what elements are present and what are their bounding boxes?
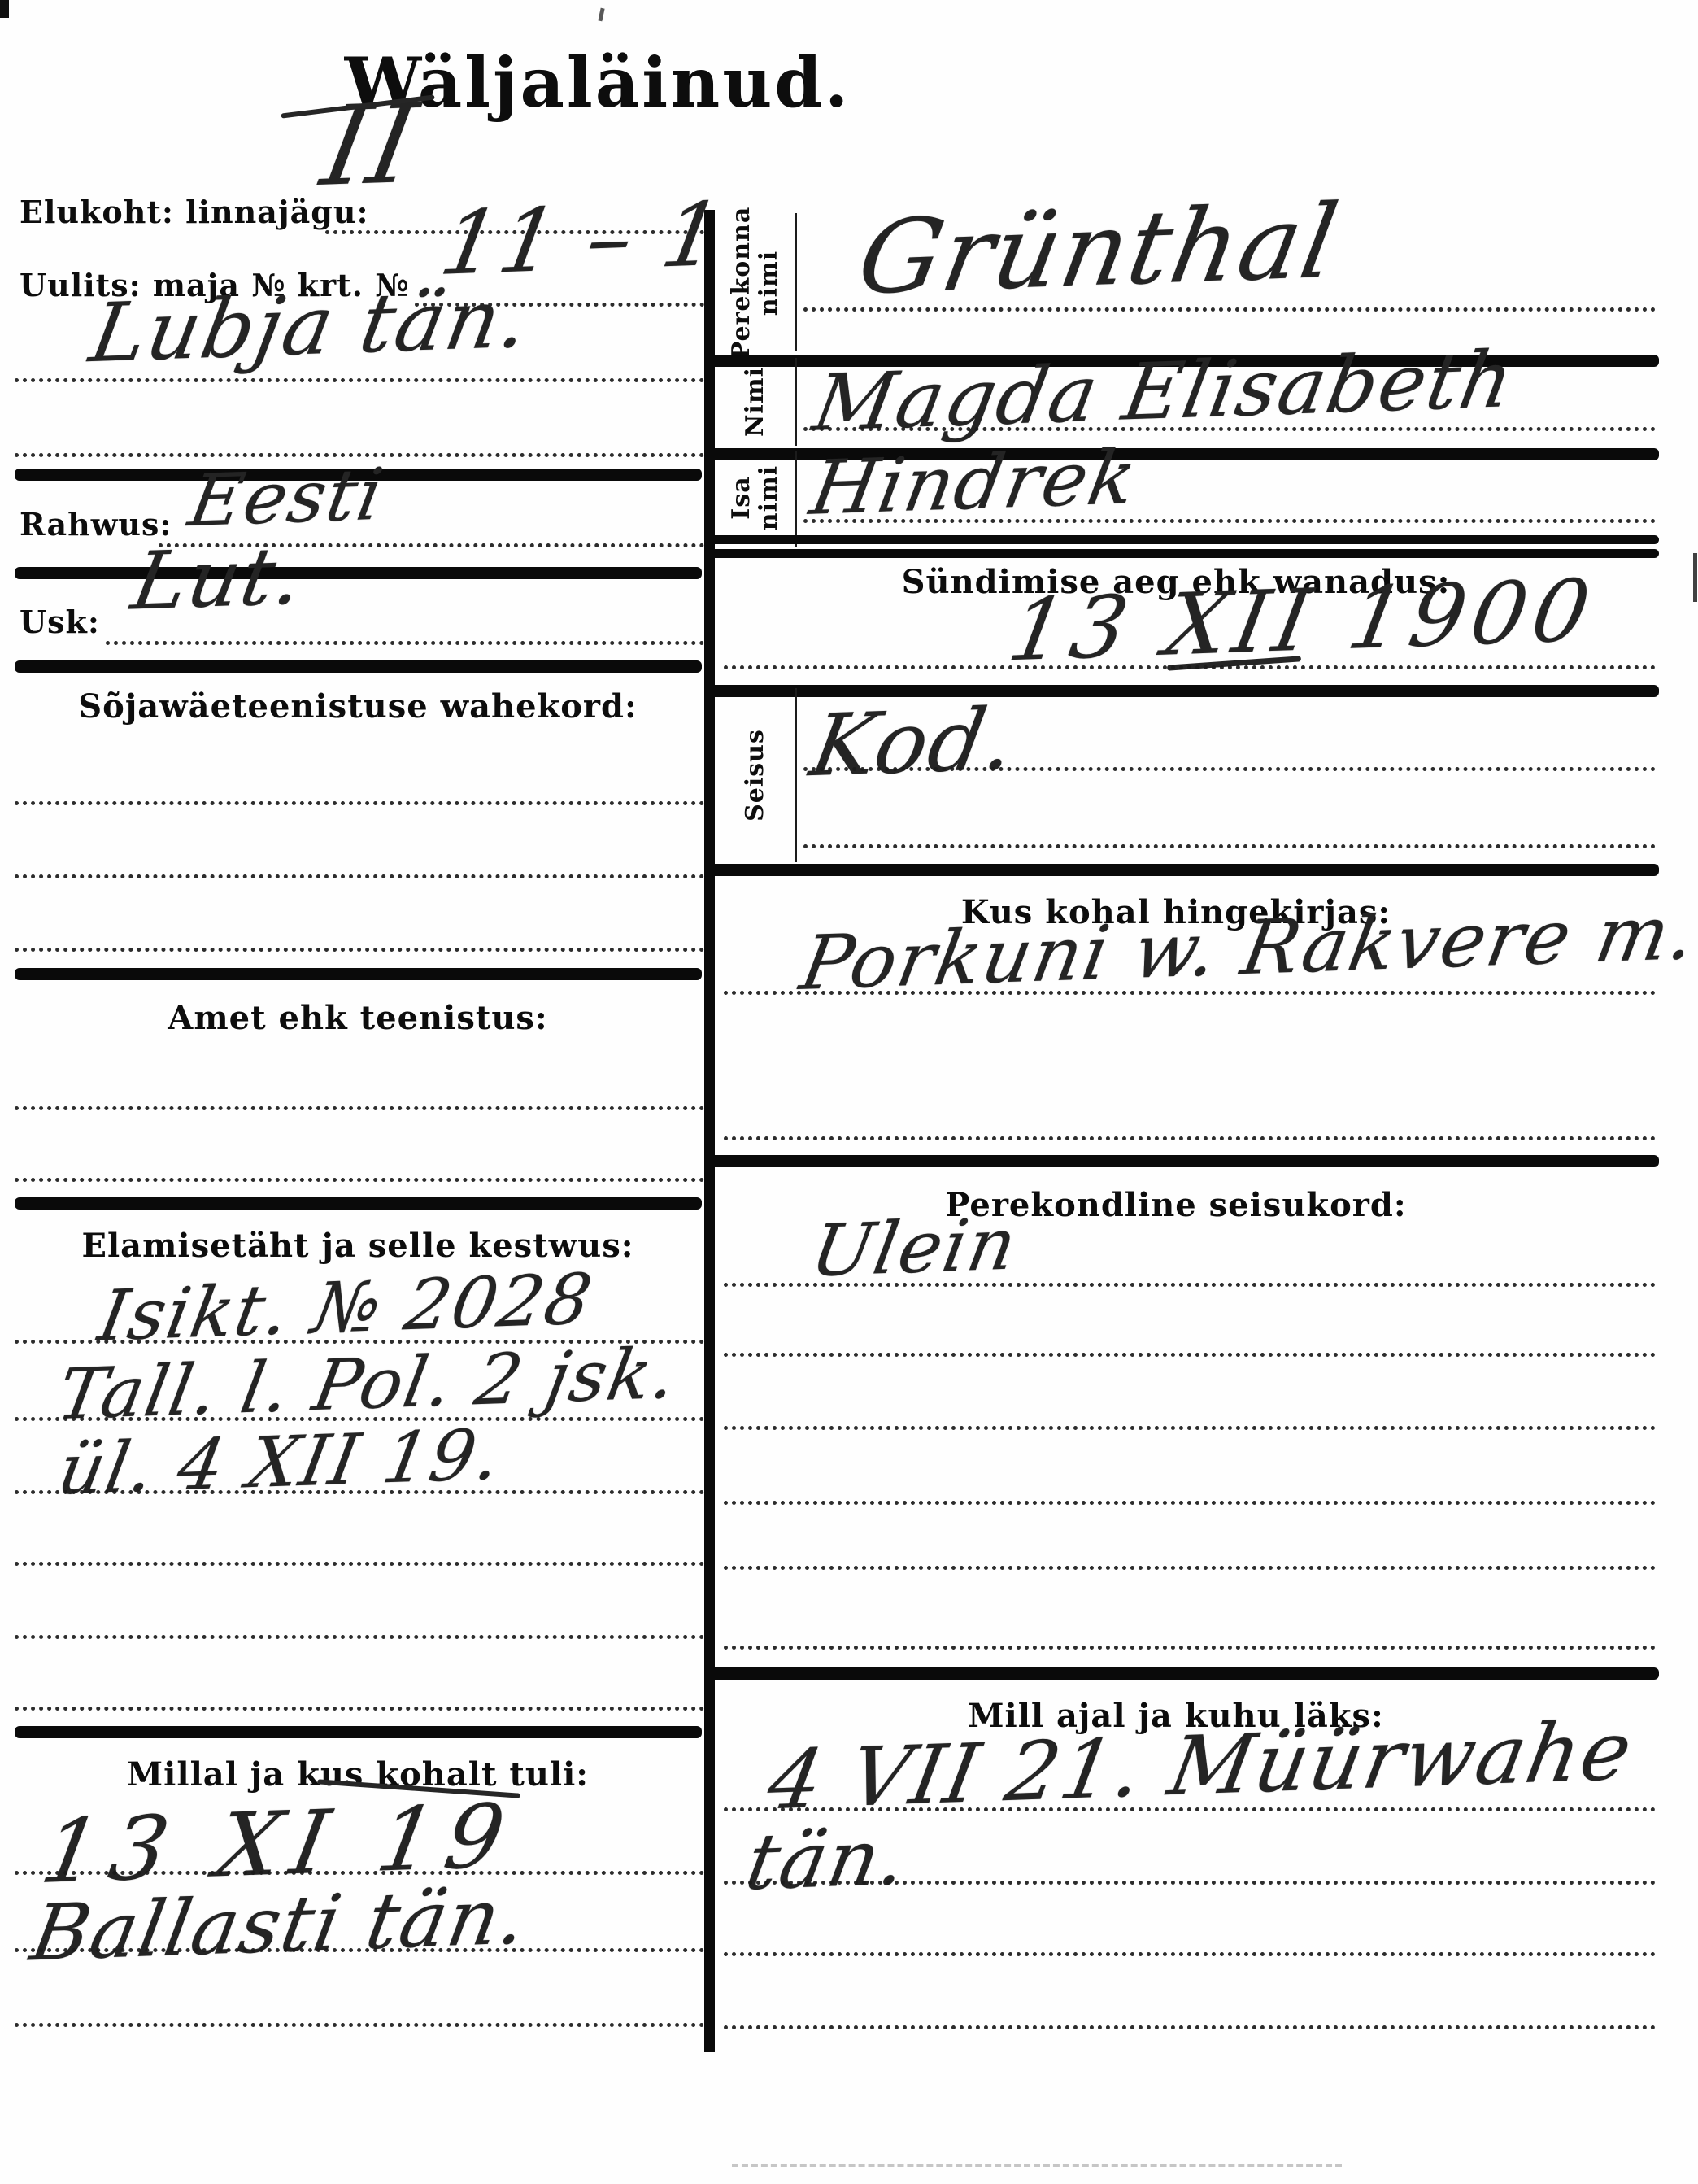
field-label-family-name: Perekonna nimi	[721, 210, 790, 356]
field-label-status: Seisus	[738, 694, 773, 857]
rule-bar	[15, 1197, 702, 1210]
dotted-line	[15, 1490, 704, 1494]
heading-arrival: Millal ja kus kohalt tuli:	[0, 1755, 716, 1794]
rule-bar	[704, 535, 1659, 544]
dotted-line	[724, 1881, 1656, 1885]
dotted-line	[724, 1646, 1656, 1650]
dotted-line	[803, 767, 1656, 771]
dotted-line	[724, 1952, 1656, 1956]
handwritten-family-status: Ulein	[805, 1202, 1024, 1293]
rule-bar	[15, 660, 702, 673]
heading-residence-permit: Elamisetäht ja selle kestwus:	[0, 1227, 716, 1265]
handwritten-nationality: Eesti	[183, 452, 390, 543]
dotted-line	[724, 1426, 1656, 1430]
rule-bar	[704, 1667, 1659, 1680]
heading-military-service: Sõjawäeteenistuse wahekord:	[0, 687, 716, 726]
cell-rule	[795, 451, 797, 547]
dotted-line	[724, 2025, 1656, 2029]
dotted-line	[724, 1283, 1656, 1287]
dotted-line	[15, 1106, 704, 1110]
dotted-line	[15, 1707, 704, 1711]
field-label-first-name: Nimi	[738, 353, 773, 451]
rule-bar	[704, 549, 1659, 558]
handwritten-birth-date: 13 XII 1900	[1002, 561, 1604, 681]
handwritten-arrival-place: Ballasti tän.	[24, 1872, 534, 1979]
dotted-line	[15, 948, 704, 952]
dotted-line	[724, 1566, 1656, 1570]
registration-card: Wäljaläinud. Elukoht: linnajägu: II Uuli…	[0, 0, 1698, 2184]
rule-bar	[15, 968, 702, 980]
scan-artifact	[598, 8, 604, 22]
dotted-line	[15, 1871, 704, 1875]
dotted-line	[15, 1562, 704, 1566]
dotted-line	[724, 991, 1656, 995]
dotted-line	[724, 1136, 1656, 1140]
cell-rule	[795, 213, 797, 351]
cell-rule	[795, 688, 797, 862]
handwritten-street: Lubja tän.	[84, 271, 538, 381]
dotted-line	[803, 844, 1656, 848]
dotted-line	[803, 427, 1656, 431]
dotted-line	[724, 665, 1656, 669]
dotted-line	[15, 378, 704, 382]
dotted-line	[15, 874, 704, 878]
rule-bar	[704, 1155, 1659, 1167]
dotted-line	[15, 2023, 704, 2027]
rule-bar	[15, 1726, 702, 1738]
dotted-line	[15, 801, 704, 805]
handwritten-father-name: Hindrek	[804, 434, 1144, 532]
dotted-line	[724, 1353, 1656, 1357]
handwritten-departure-line2: tän.	[740, 1813, 915, 1908]
field-label-usk: Usk:	[20, 604, 100, 640]
dotted-line	[106, 641, 704, 645]
dotted-line	[15, 1635, 704, 1639]
handwritten-permit-line3: ül. 4 XII 19.	[52, 1415, 507, 1511]
rule-bar	[15, 567, 702, 579]
handwritten-family-name: Grünthal	[850, 183, 1348, 317]
rule-bar	[704, 864, 1659, 876]
scan-artifact	[0, 0, 9, 18]
cell-rule	[795, 358, 797, 446]
handwritten-first-name: Magda Elisabeth	[807, 333, 1522, 449]
dotted-line	[15, 1178, 704, 1182]
heading-occupation: Amet ehk teenistus:	[0, 999, 716, 1037]
scan-artifact	[1693, 553, 1697, 602]
dotted-line	[724, 1501, 1656, 1505]
handwritten-religion: Lut.	[125, 530, 311, 628]
dotted-line	[803, 307, 1656, 312]
dotted-line	[724, 1807, 1656, 1811]
handwritten-status: Kod.	[803, 690, 1024, 796]
form-title: Wäljaläinud.	[0, 42, 1195, 123]
scan-smudge	[732, 2164, 1342, 2167]
dotted-line	[15, 1948, 704, 1952]
dotted-line	[803, 519, 1656, 523]
